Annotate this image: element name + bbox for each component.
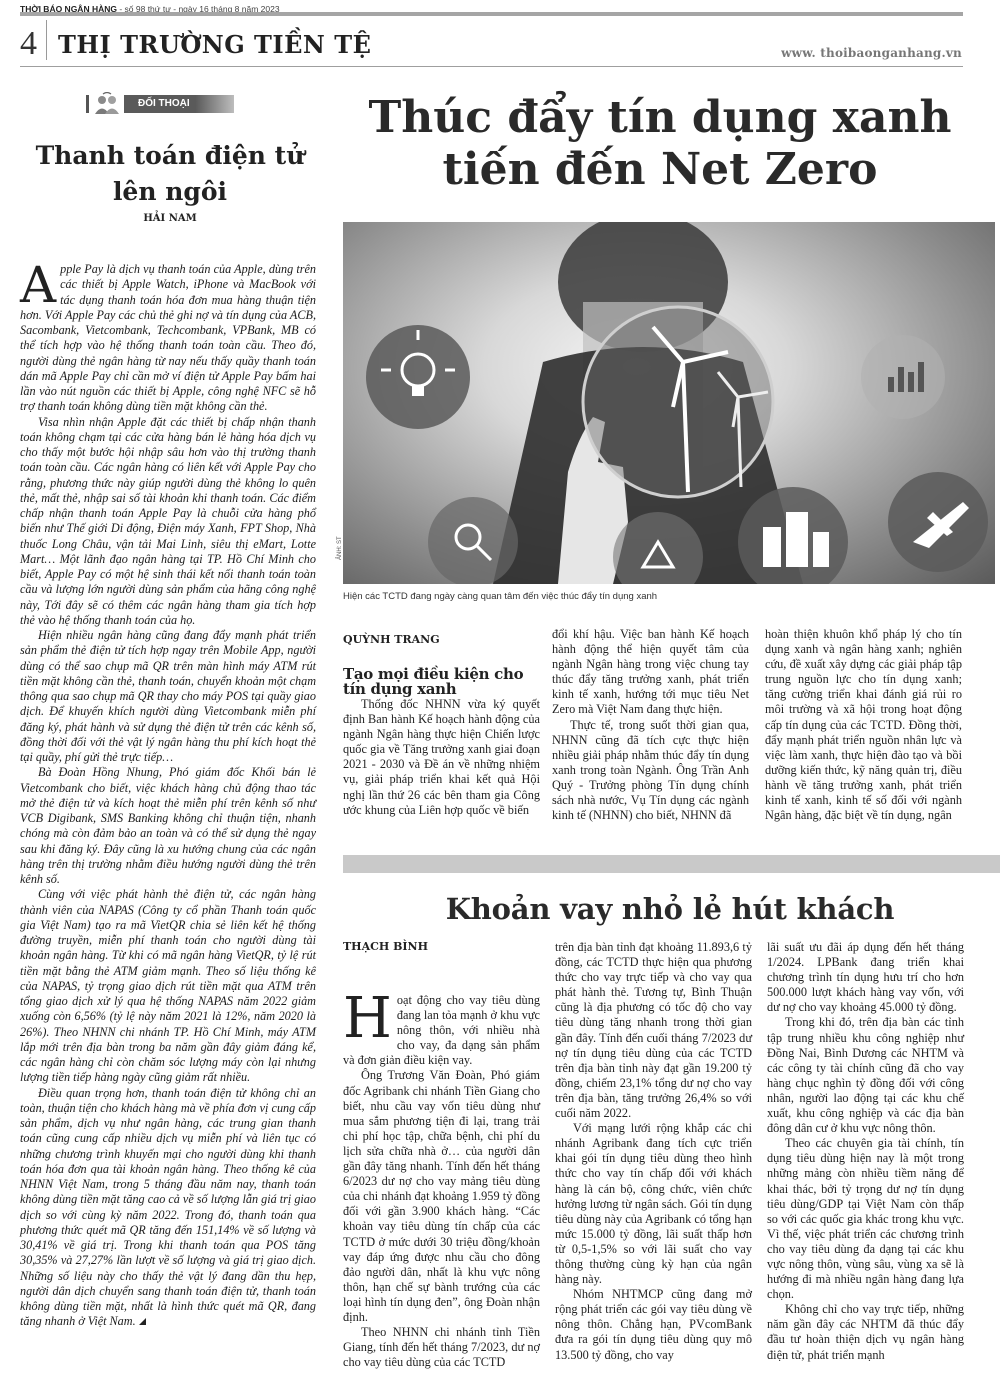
section-title: THỊ TRƯỜNG TIỀN TỆ — [58, 30, 371, 59]
second-article-column-2: trên địa bàn tỉnh đạt khoảng 11.893,6 tỷ… — [555, 940, 752, 1363]
photo-caption: Hiện các TCTD đang ngày càng quan tâm đế… — [343, 591, 657, 602]
search-icon — [428, 497, 518, 584]
bar-chart-icon — [861, 335, 945, 419]
rubric-label: ĐỐI THOẠI — [124, 95, 234, 113]
paragraph: Apple Pay là dịch vụ thanh toán của Appl… — [20, 262, 316, 415]
photo-credit: ẢNH: ST — [337, 536, 343, 560]
dropcap: A — [20, 264, 56, 306]
paragraph: Theo NHNN chi nhánh tỉnh Tiền Giang, tín… — [343, 1325, 540, 1370]
dropcap: H — [343, 996, 392, 1042]
second-article-title: Khoản vay nhỏ lẻ hút khách — [340, 892, 1000, 926]
paragraph: Thống đốc NHNN vừa ký quyết định Ban hàn… — [343, 697, 540, 818]
page-number: 4 — [20, 24, 37, 64]
paragraph: Không chỉ cho vay trực tiếp, những năm g… — [767, 1302, 964, 1362]
paragraph: Nhóm NHTMCP cũng đang mở rộng phát triển… — [555, 1287, 752, 1362]
left-article-author: HẢI NAM — [20, 213, 320, 224]
paragraph: lãi suất ưu đãi áp dụng đến hết tháng 1/… — [767, 940, 964, 1015]
paragraph: trên địa bàn tỉnh đạt khoảng 11.893,6 tỷ… — [555, 940, 752, 1121]
paragraph: Trong khi đó, trên địa bàn các tỉnh tập … — [767, 1015, 964, 1136]
website-link[interactable]: www. thoibaonganhang.vn — [781, 46, 962, 60]
article-divider-bar — [343, 855, 1000, 873]
paragraph: Với mạng lưới rộng khắp các chi nhánh Ag… — [555, 1121, 752, 1287]
paragraph: Visa nhìn nhận Apple đặt các thiết bị ch… — [20, 415, 316, 629]
article-photo — [343, 222, 995, 584]
rubric-badge: ĐỐI THOẠI — [86, 95, 236, 115]
page-number-separator — [46, 20, 47, 60]
second-article-column-3: lãi suất ưu đãi áp dụng đến hết tháng 1/… — [767, 940, 964, 1363]
wind-turbine-icon — [583, 307, 773, 497]
paragraph: Theo các chuyên gia tài chính, tín dụng … — [767, 1136, 964, 1302]
main-article-author: QUỲNH TRANG — [343, 633, 440, 646]
dialogue-people-icon — [93, 92, 121, 116]
main-article-subhead: Tạo mọi điều kiện cho tín dụng xanh — [343, 667, 543, 697]
paragraph: Hiện nhiều ngân hàng cũng đang đẩy mạnh … — [20, 628, 316, 765]
header-rule — [20, 66, 963, 67]
main-article-column-3: hoàn thiện khuôn khổ pháp lý cho tín dụn… — [765, 627, 962, 823]
left-article-body: Apple Pay là dịch vụ thanh toán của Appl… — [20, 262, 316, 1330]
paragraph: Cùng với việc phát hành thẻ điện tử, các… — [20, 887, 316, 1085]
paragraph: Điều quan trọng hơn, thanh toán điện tử … — [20, 1086, 316, 1330]
rubric-bar — [86, 95, 89, 113]
end-of-article-mark — [139, 1318, 146, 1325]
main-article-column-1: Thống đốc NHNN vừa ký quyết định Ban hàn… — [343, 697, 540, 818]
top-divider-bar — [20, 12, 963, 16]
main-article-title: Thúc đẩy tín dụng xanh tiến đến Net Zero — [340, 92, 980, 196]
main-article-column-2: đổi khí hậu. Việc ban hành Kế hoạch hành… — [552, 627, 749, 823]
green-tech-illustration — [343, 222, 995, 584]
light-bulb-icon — [366, 325, 470, 429]
paragraph: đổi khí hậu. Việc ban hành Kế hoạch hành… — [552, 627, 749, 718]
paragraph: Hoạt động cho vay tiêu dùng đang lan tỏa… — [343, 993, 540, 1068]
airplane-icon — [888, 472, 988, 572]
paragraph: Ông Trương Văn Đoàn, Phó giám đốc Agriba… — [343, 1068, 540, 1325]
left-article-title: Thanh toán điện tử lên ngôi — [20, 138, 320, 210]
second-article-author: THẠCH BÌNH — [343, 940, 428, 953]
paragraph: hoàn thiện khuôn khổ pháp lý cho tín dụn… — [765, 627, 962, 823]
second-article-column-1: Hoạt động cho vay tiêu dùng đang lan tỏa… — [343, 993, 540, 1370]
paragraph: Bà Đoàn Hồng Nhung, Phó giám đốc Khối bá… — [20, 765, 316, 887]
paragraph: Thực tế, trong suốt thời gian qua, NHNN … — [552, 718, 749, 824]
